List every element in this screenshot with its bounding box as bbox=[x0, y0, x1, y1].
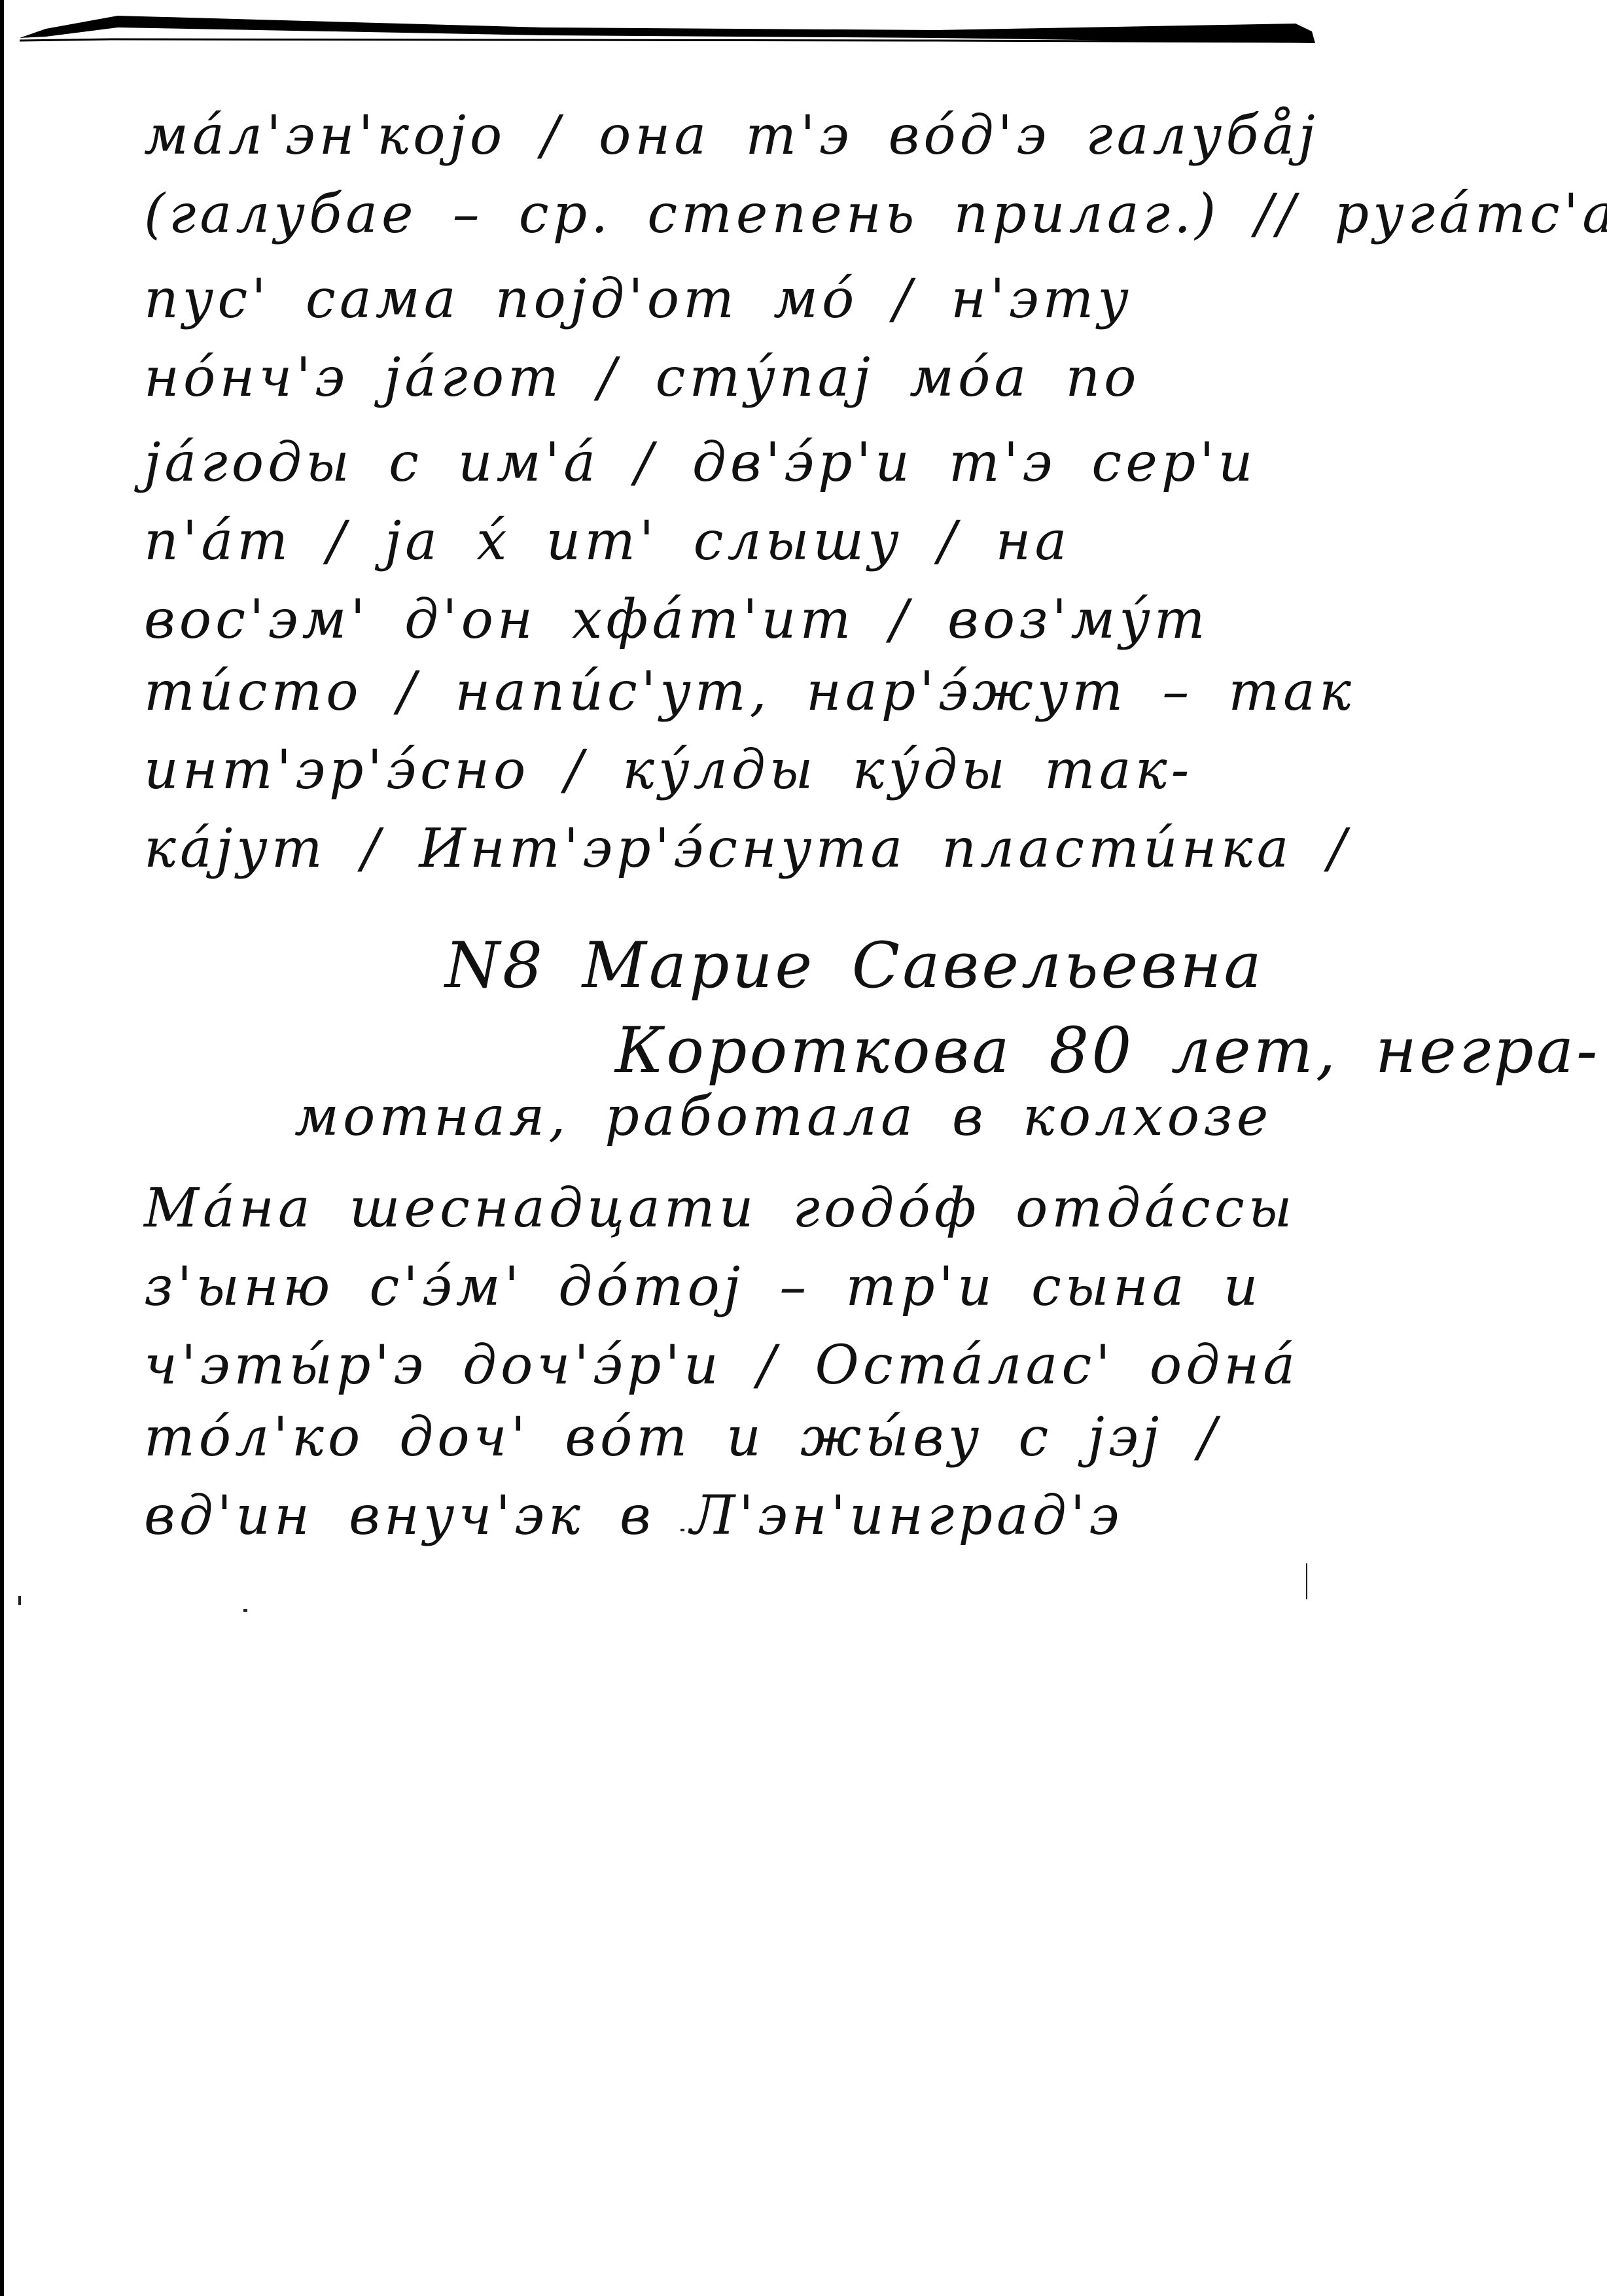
text-line: ка́јут / Инт'эр'э́снута пласти́нка / bbox=[144, 818, 1350, 880]
informant-number-and-name: N8 Марие Савельевна bbox=[445, 929, 1264, 1002]
informant-surname-age: Короткова 80 лет, негра- bbox=[615, 1014, 1600, 1087]
scan-top-shadow bbox=[20, 12, 1315, 43]
text-line: ти́сто / напи́с'ут, нар'э́жут – так bbox=[144, 661, 1355, 723]
scan-speck bbox=[680, 1529, 684, 1531]
text-line: то́л'ко доч' во́т и жы́ву с јэј / bbox=[144, 1406, 1220, 1469]
scan-mark bbox=[1306, 1563, 1307, 1599]
text-line: ја́годы с им'а́ / дв'э́р'и т'э сер'и bbox=[144, 432, 1257, 494]
text-line: пус' сама појд'от мо́ / н'эту bbox=[144, 268, 1133, 330]
informant-name: Марие Савельевна bbox=[582, 929, 1264, 1002]
scan-speck bbox=[243, 1609, 247, 1612]
text-line: п'а́т / ја х́ ит' слышу / на bbox=[144, 510, 1070, 572]
text-line: (галубае – ср. степень прилаг.) // руга́… bbox=[144, 183, 1607, 245]
text-line: вд'ин внуч'эк в Л'эн'инград'э bbox=[144, 1485, 1123, 1547]
text-line: инт'эр'э́сно / ку́лды ку́ды так- bbox=[144, 739, 1193, 801]
scanned-page: ма́л'эн'којо / она т'э во́д'э галуба̊ј (… bbox=[0, 0, 1607, 2296]
informant-details: мотная, работала в колхозе bbox=[294, 1086, 1272, 1148]
text-line: вос'эм' д'он хфа́т'ит / воз'му́т bbox=[144, 589, 1209, 651]
informant-number: N8 bbox=[445, 929, 545, 1002]
text-line: но́нч'э ја́гоm / сту́пај мо́а по bbox=[144, 347, 1140, 409]
text-line: з'ыню с'э́м' до́тој – тр'и сына и bbox=[144, 1256, 1262, 1318]
scan-left-border bbox=[0, 0, 4, 2296]
scan-mark bbox=[18, 1596, 21, 1605]
text-line: ч'эты́р'э доч'э́р'и / Оста́лас' одна́ bbox=[144, 1334, 1299, 1397]
text-line: Ма́на шеснадцати годо́ф отда́ссы bbox=[144, 1177, 1296, 1240]
text-line: ма́л'эн'којо / она т'э во́д'э галуба̊ј bbox=[144, 105, 1319, 167]
